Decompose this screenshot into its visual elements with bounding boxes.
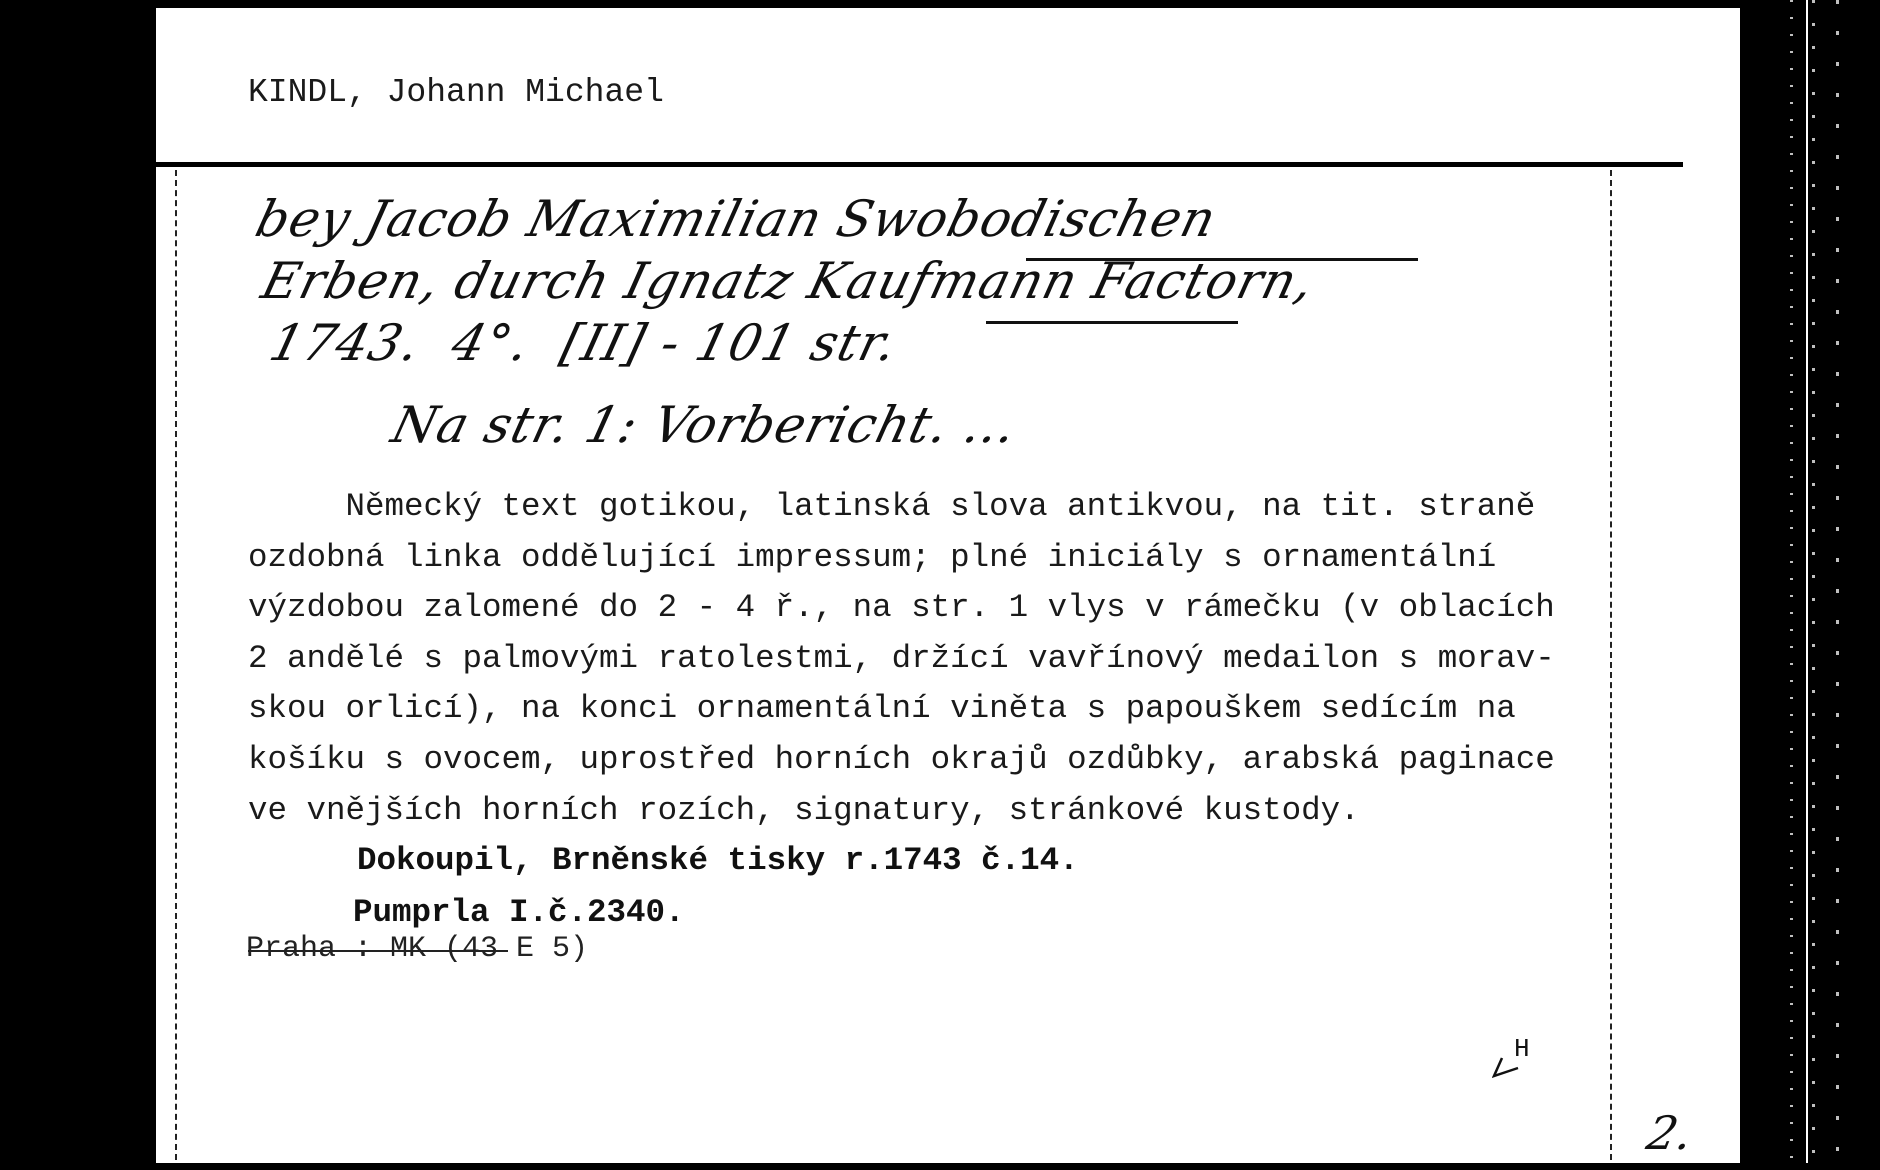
bottom-border <box>0 1163 1880 1170</box>
scan-noise <box>1790 0 1793 1170</box>
handwritten-line: bey Jacob Maximilian Swobodischen <box>250 190 1222 248</box>
description-line: košíku s ovocem, uprostřed horních okraj… <box>248 735 1588 786</box>
right-margin-dotted-line <box>1610 170 1612 1160</box>
description-line: ve vnějších horních rozích, signatury, s… <box>248 786 1588 837</box>
page-number: 2. <box>1642 1106 1697 1160</box>
scan-noise <box>1836 0 1839 1170</box>
handwritten-note: Na str. 1: Vorbericht. ... <box>386 396 1023 454</box>
description-line: 2 andělé s palmovými ratolestmi, držící … <box>248 634 1588 685</box>
description-line: ozdobná linka oddělující impressum; plné… <box>248 533 1588 584</box>
struck-location: Praha : MK (43 E 5) <box>246 932 588 966</box>
scan-noise <box>1812 0 1815 1170</box>
left-margin-dotted-line <box>175 170 177 1160</box>
description-line: Německý text gotikou, latinská slova ant… <box>248 482 1588 533</box>
handwritten-line: 1743. 4°. [II] - 101 str. <box>264 314 903 372</box>
handwritten-underline <box>986 321 1238 324</box>
card-heading: KINDL, Johann Michael <box>248 74 664 111</box>
handwritten-line: Erben, durch Ignatz Kaufmann Factorn, <box>256 252 1320 310</box>
description-line: výzdobou zalomené do 2 - 4 ř., na str. 1… <box>248 583 1588 634</box>
strikethrough-line <box>248 950 508 952</box>
header-rule <box>156 162 1683 167</box>
catalog-card: KINDL, Johann Michael bey Jacob Maximili… <box>156 8 1740 1163</box>
scan-margin-line <box>1806 0 1808 1170</box>
description-line: skou orlicí), na konci ornamentální vině… <box>248 684 1588 735</box>
reference-pumprla: Pumprla I.č.2340. <box>353 894 685 931</box>
reference-dokoupil: Dokoupil, Brněnské tisky r.1743 č.14. <box>357 842 1079 879</box>
check-mark-icon <box>1492 1056 1522 1078</box>
description-paragraph: Německý text gotikou, latinská slova ant… <box>248 482 1588 836</box>
